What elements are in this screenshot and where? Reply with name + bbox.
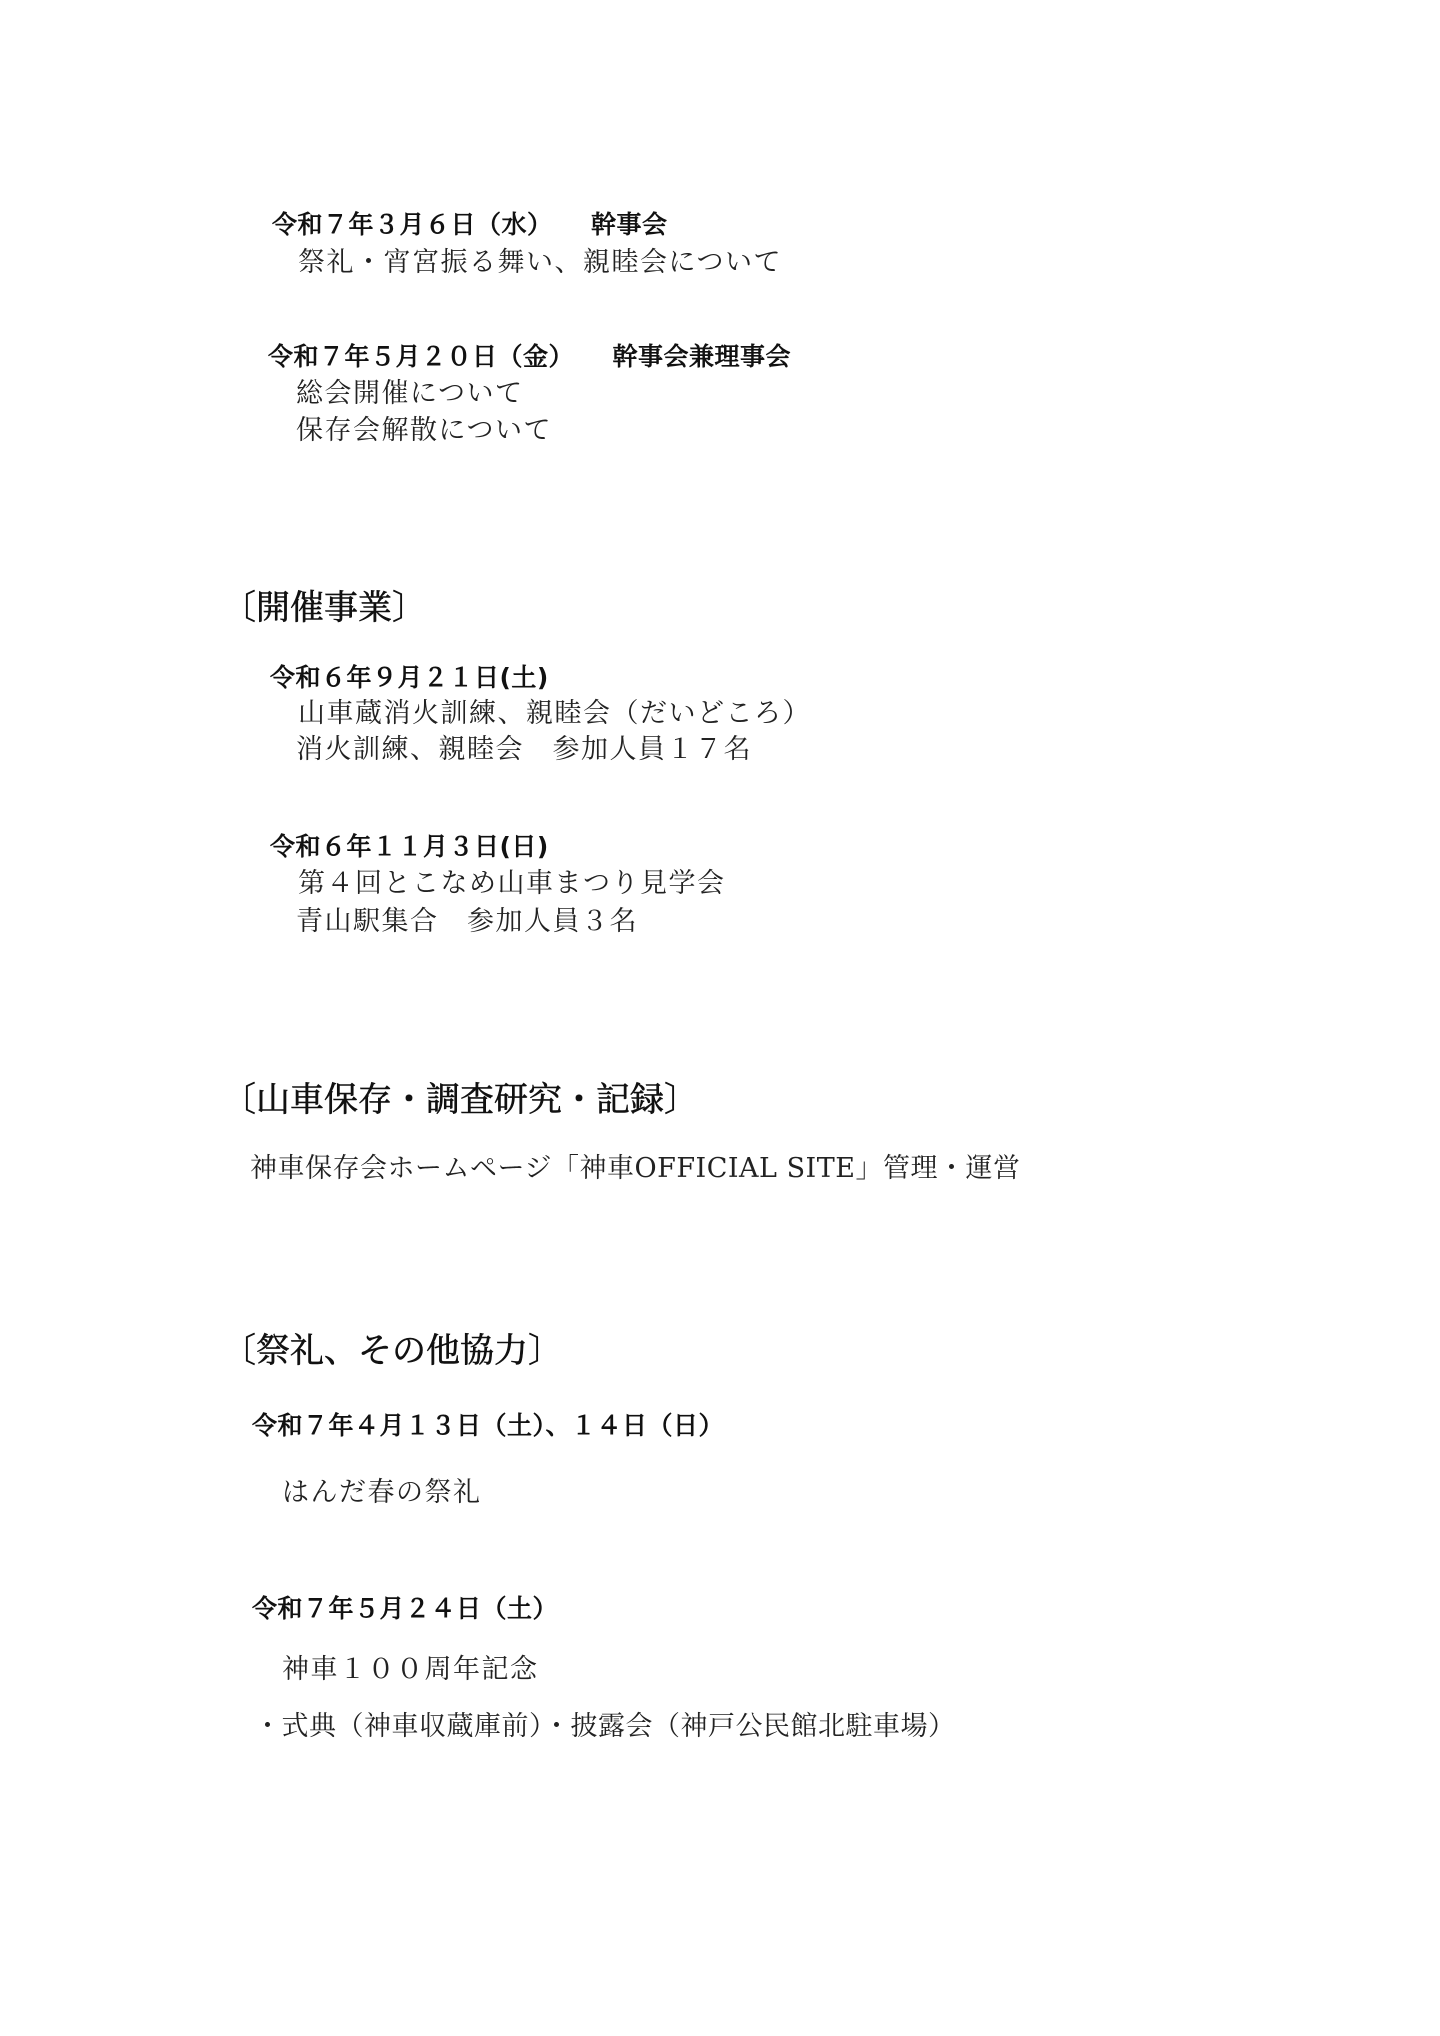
- event-detail: 青山駅集合 参加人員３名: [296, 908, 638, 935]
- meeting-agenda-item: 総会開催について: [296, 380, 523, 407]
- event-detail: 第４回とこなめ山車まつり見学会: [298, 870, 726, 897]
- festival-detail: 神車１００周年記念: [282, 1656, 539, 1683]
- event-date-heading: 令和６年１１月３日(日): [270, 834, 549, 859]
- festival-date-heading: 令和７年５月２４日（土）: [252, 1596, 558, 1621]
- festival-detail: ・式典（神車収蔵庫前）・披露会（神戸公民館北駐車場）: [254, 1713, 956, 1740]
- preservation-detail: 神車保存会ホームページ「神車OFFICIAL SITE」管理・運営: [250, 1155, 1020, 1182]
- event-detail: 山車蔵消火訓練、親睦会（だいどころ）: [298, 700, 811, 727]
- festival-detail: はんだ春の祭礼: [282, 1479, 482, 1506]
- document-page: 令和７年３月６日（水） 幹事会 祭礼・宵宮振る舞い、親睦会について 令和７年５月…: [0, 0, 1440, 2036]
- meeting-agenda-item: 保存会解散について: [296, 417, 552, 444]
- meeting-agenda-item: 祭礼・宵宮振る舞い、親睦会について: [298, 249, 782, 276]
- meeting-date-heading: 令和７年３月６日（水） 幹事会: [272, 212, 668, 237]
- section-heading-preservation: 〔山車保存・調査研究・記録〕: [222, 1083, 698, 1117]
- festival-date-heading: 令和７年４月１３日（土）、１４日（日）: [252, 1413, 724, 1438]
- section-heading-festival: 〔祭礼、その他協力〕: [222, 1334, 562, 1368]
- section-heading-events: 〔開催事業〕: [222, 591, 426, 625]
- event-detail: 消火訓練、親睦会 参加人員１７名: [296, 736, 752, 763]
- meeting-date-heading: 令和７年５月２０日（金） 幹事会兼理事会: [268, 344, 791, 369]
- event-date-heading: 令和６年９月２１日(土): [270, 665, 549, 690]
